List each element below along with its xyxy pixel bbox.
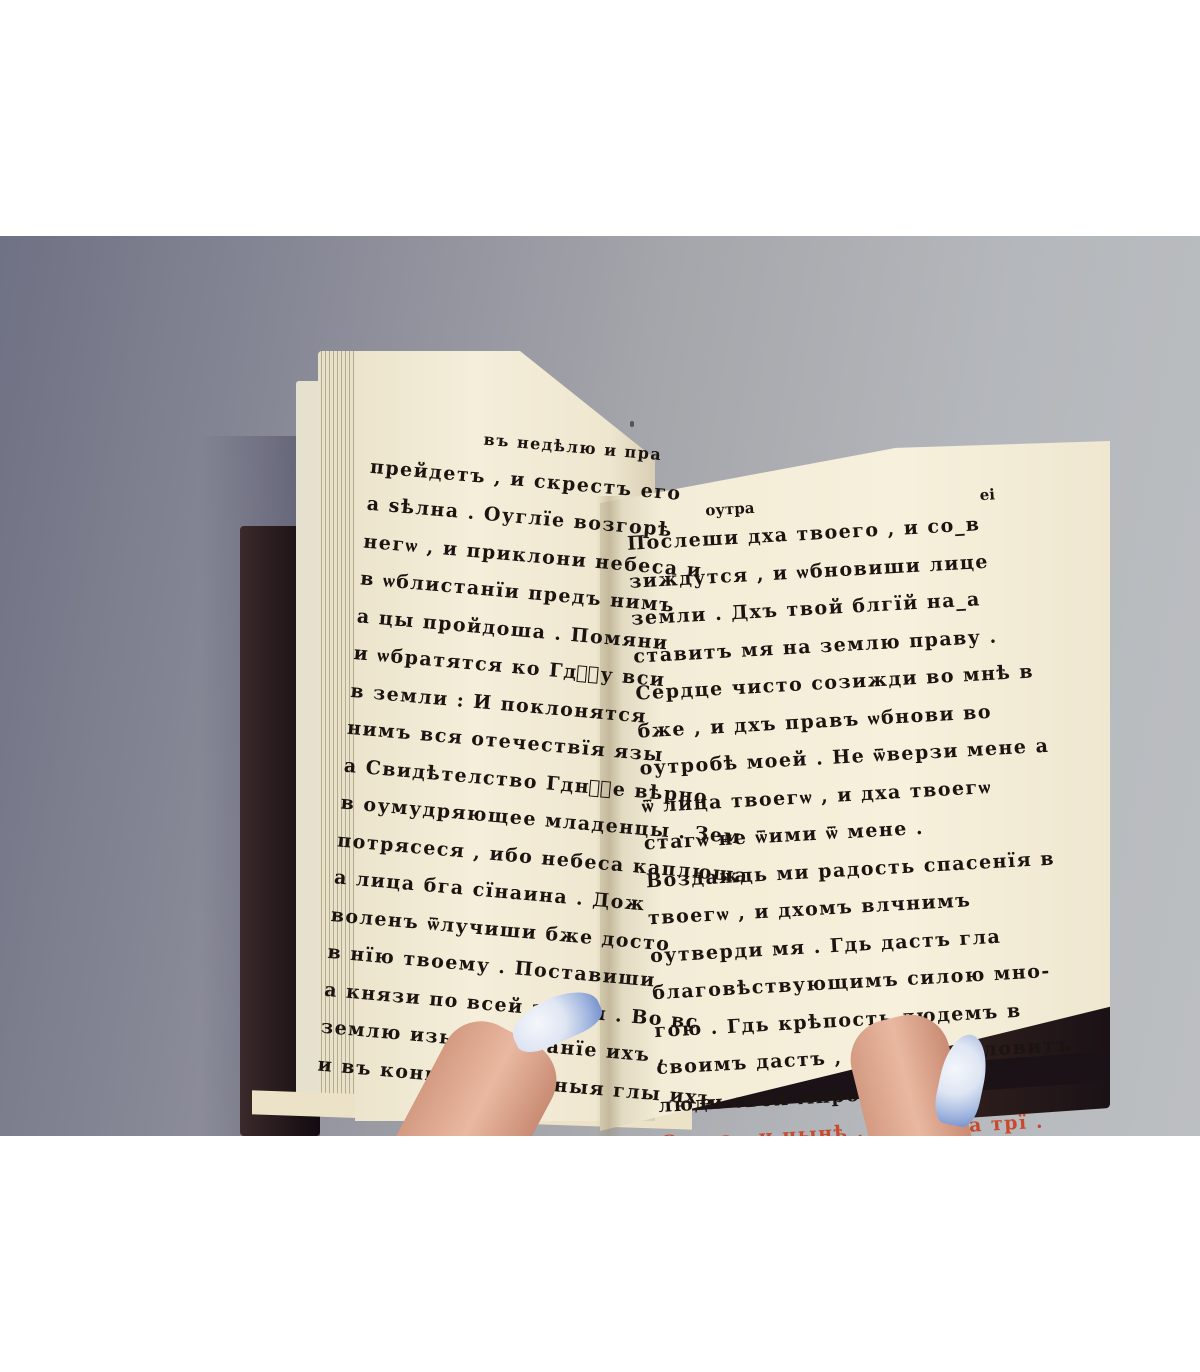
surface-speck bbox=[630, 421, 634, 427]
page-number: еі bbox=[979, 485, 995, 504]
book-photograph: въ недѣлю и пра прейдетъ , и скрестъ его… bbox=[0, 236, 1200, 1136]
left-page-text: въ недѣлю и пра прейдетъ , и скрестъ его… bbox=[316, 411, 674, 1110]
right-running-head: оутра bbox=[705, 499, 755, 520]
right-page-text: оутра еі Послеши дха твоего , и со_в зиж… bbox=[625, 484, 1061, 1136]
